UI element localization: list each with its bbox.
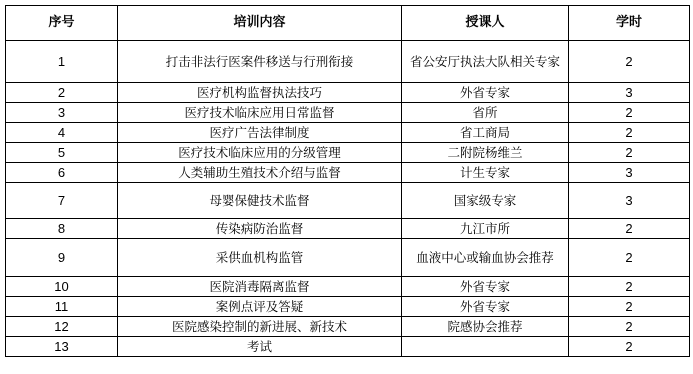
cell-content: 案例点评及答疑	[118, 297, 402, 317]
cell-content: 采供血机构监管	[118, 239, 402, 277]
cell-hours: 2	[569, 103, 690, 123]
cell-lecturer: 外省专家	[402, 83, 569, 103]
cell-lecturer: 省所	[402, 103, 569, 123]
cell-content: 人类辅助生殖技术介绍与监督	[118, 163, 402, 183]
cell-no: 8	[6, 219, 118, 239]
cell-hours: 2	[569, 297, 690, 317]
cell-hours: 3	[569, 83, 690, 103]
header-no: 序号	[6, 6, 118, 41]
cell-content: 医疗机构监督执法技巧	[118, 83, 402, 103]
table-row: 8 传染病防治监督 九江市所 2	[6, 219, 690, 239]
cell-content: 医疗技术临床应用的分级管理	[118, 143, 402, 163]
table-row: 12 医院感染控制的新进展、新技术 院感协会推荐 2	[6, 317, 690, 337]
cell-hours: 2	[569, 277, 690, 297]
cell-hours: 2	[569, 219, 690, 239]
table-row: 13 考试 2	[6, 337, 690, 357]
table-row: 11 案例点评及答疑 外省专家 2	[6, 297, 690, 317]
table-row: 6 人类辅助生殖技术介绍与监督 计生专家 3	[6, 163, 690, 183]
cell-content: 医疗技术临床应用日常监督	[118, 103, 402, 123]
cell-lecturer: 血液中心或输血协会推荐	[402, 239, 569, 277]
cell-no: 13	[6, 337, 118, 357]
cell-no: 12	[6, 317, 118, 337]
cell-no: 3	[6, 103, 118, 123]
table-row: 1 打击非法行医案件移送与行刑衔接 省公安厅执法大队相关专家 2	[6, 41, 690, 83]
cell-hours: 2	[569, 123, 690, 143]
cell-content: 打击非法行医案件移送与行刑衔接	[118, 41, 402, 83]
cell-no: 6	[6, 163, 118, 183]
cell-lecturer: 国家级专家	[402, 183, 569, 219]
training-schedule-table: 序号 培训内容 授课人 学时 1 打击非法行医案件移送与行刑衔接 省公安厅执法大…	[5, 5, 690, 357]
cell-lecturer: 二附院杨维兰	[402, 143, 569, 163]
table-row: 10 医院消毒隔离监督 外省专家 2	[6, 277, 690, 297]
table-row: 2 医疗机构监督执法技巧 外省专家 3	[6, 83, 690, 103]
cell-hours: 3	[569, 183, 690, 219]
header-content: 培训内容	[118, 6, 402, 41]
table-row: 3 医疗技术临床应用日常监督 省所 2	[6, 103, 690, 123]
header-row: 序号 培训内容 授课人 学时	[6, 6, 690, 41]
header-lecturer: 授课人	[402, 6, 569, 41]
cell-no: 5	[6, 143, 118, 163]
cell-content: 母婴保健技术监督	[118, 183, 402, 219]
cell-no: 11	[6, 297, 118, 317]
cell-lecturer: 计生专家	[402, 163, 569, 183]
table-row: 7 母婴保健技术监督 国家级专家 3	[6, 183, 690, 219]
cell-content: 医院消毒隔离监督	[118, 277, 402, 297]
cell-lecturer: 院感协会推荐	[402, 317, 569, 337]
cell-no: 1	[6, 41, 118, 83]
cell-content: 医院感染控制的新进展、新技术	[118, 317, 402, 337]
cell-no: 2	[6, 83, 118, 103]
cell-lecturer: 外省专家	[402, 297, 569, 317]
cell-hours: 3	[569, 163, 690, 183]
table-row: 4 医疗广告法律制度 省工商局 2	[6, 123, 690, 143]
cell-hours: 2	[569, 239, 690, 277]
cell-content: 医疗广告法律制度	[118, 123, 402, 143]
cell-content: 考试	[118, 337, 402, 357]
cell-lecturer: 省公安厅执法大队相关专家	[402, 41, 569, 83]
cell-hours: 2	[569, 317, 690, 337]
table-row: 9 采供血机构监管 血液中心或输血协会推荐 2	[6, 239, 690, 277]
table-row: 5 医疗技术临床应用的分级管理 二附院杨维兰 2	[6, 143, 690, 163]
cell-lecturer: 外省专家	[402, 277, 569, 297]
cell-lecturer: 九江市所	[402, 219, 569, 239]
cell-lecturer: 省工商局	[402, 123, 569, 143]
header-hours: 学时	[569, 6, 690, 41]
cell-no: 7	[6, 183, 118, 219]
cell-hours: 2	[569, 41, 690, 83]
cell-hours: 2	[569, 143, 690, 163]
cell-lecturer	[402, 337, 569, 357]
cell-content: 传染病防治监督	[118, 219, 402, 239]
cell-hours: 2	[569, 337, 690, 357]
cell-no: 9	[6, 239, 118, 277]
cell-no: 10	[6, 277, 118, 297]
cell-no: 4	[6, 123, 118, 143]
